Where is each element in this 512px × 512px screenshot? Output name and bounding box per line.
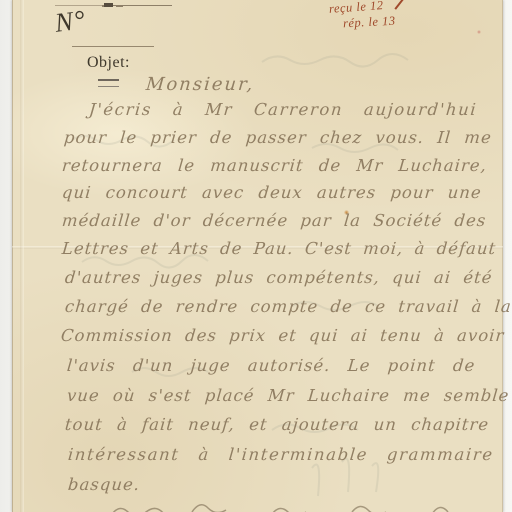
letterhead-rule-ornament xyxy=(104,3,113,7)
letter-line: pour le prier de passer chez vous. Il me xyxy=(63,128,493,147)
letter-line: vue où s'est placé Mr Luchaire me semble xyxy=(66,386,510,405)
letter-line: retournera le manuscrit de Mr Luchaire, xyxy=(61,156,488,175)
paper-crease-vertical xyxy=(20,0,24,512)
paper-sheet: N° Objet: reçu le 12 rép. le 13 Monsieur… xyxy=(12,0,503,512)
letter-line: d'autres juges plus compétents, qui ai é… xyxy=(64,268,493,287)
letter-line: Lettres et Arts de Pau. C'est moi, à déf… xyxy=(61,239,497,258)
letter-line: intéressant à l'interminable grammaire xyxy=(67,445,494,464)
annotation-replied-date: rép. le 13 xyxy=(343,14,396,32)
annotation-flourish-stroke xyxy=(394,0,411,9)
objet-underline-dash xyxy=(98,79,119,87)
letterhead-rule-mid xyxy=(72,46,154,47)
letterhead-rule-top xyxy=(112,5,172,6)
letter-line: J'écris à Mr Carreron aujourd'hui xyxy=(88,100,478,119)
letter-line: médaille d'or décernée par la Société de… xyxy=(61,211,487,230)
paper-stain xyxy=(477,30,481,34)
numero-label: N° xyxy=(53,4,87,39)
objet-label: Objet: xyxy=(87,54,130,72)
letter-line: Commission des prix et qui ai tenu à avo… xyxy=(60,326,505,345)
letter-line: chargé de rendre compte de ce travail à … xyxy=(64,297,512,316)
letter-line: basque. xyxy=(67,475,141,494)
letter-salutation: Monsieur, xyxy=(145,74,255,95)
letter-line: tout à fait neuf, et ajoutera un chapitr… xyxy=(64,415,490,434)
letter-line: l'avis d'un juge autorisé. Le point de xyxy=(66,356,476,375)
scanned-letter-page: N° Objet: reçu le 12 rép. le 13 Monsieur… xyxy=(0,0,512,512)
letter-line: qui concourt avec deux autres pour une xyxy=(61,183,482,202)
